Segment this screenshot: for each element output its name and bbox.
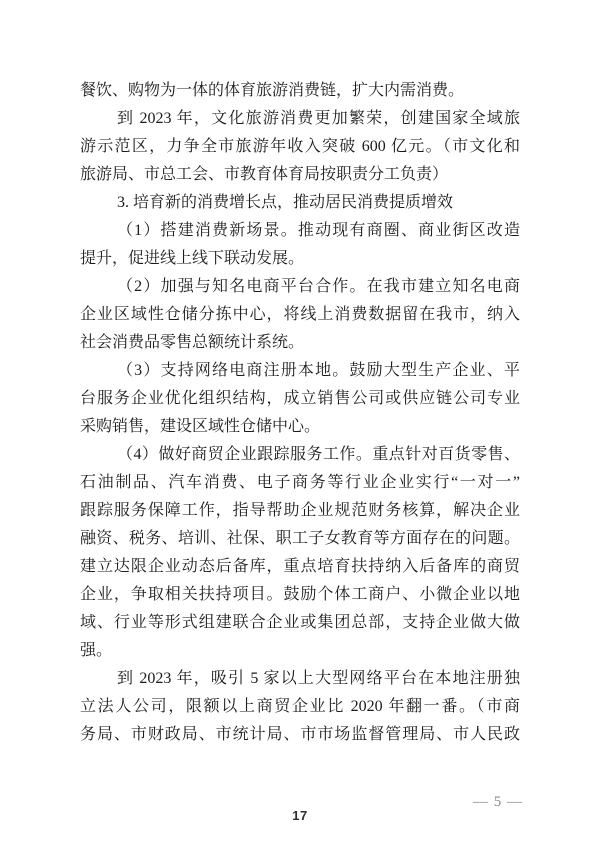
text-line: 立法人公司，限额以上商贸企业比 2020 年翻一番。（市商 (80, 693, 520, 721)
text-line: 跟踪服务保障工作，指导帮助企业规范财务核算，解决企业 (80, 497, 520, 525)
text-line: （4）做好商贸企业跟踪服务工作。重点针对百货零售、 (80, 441, 520, 469)
text-line: 石油制品、汽车消费、电子商务等行业企业实行“一对一” (80, 469, 520, 497)
text-line: 餐饮、购物为一体的体育旅游消费链，扩大内需消费。 (80, 77, 520, 105)
text-line: 游示范区，力争全市旅游年收入突破 600 亿元。（市文化和 (80, 133, 520, 161)
text-line: （2）加强与知名电商平台合作。在我市建立知名电商 (80, 273, 520, 301)
text-line: 到 2023 年，吸引 5 家以上大型网络平台在本地注册独 (80, 665, 520, 693)
text-line: 务局、市财政局、市统计局、市市场监督管理局、市人民政 (80, 721, 520, 749)
text-line: 企业，争取相关扶持项目。鼓励个体工商户、小微企业以地 (80, 581, 520, 609)
text-line: 域、行业等形式组建联合企业或集团总部，支持企业做大做 (80, 609, 520, 637)
page-number: 17 (0, 808, 600, 823)
text-line: 强。 (80, 637, 520, 665)
text-line: 到 2023 年，文化旅游消费更加繁荣，创建国家全域旅 (80, 105, 520, 133)
text-line: 采购销售，建设区域性仓储中心。 (80, 413, 520, 441)
text-line: 社会消费品零售总额统计系统。 (80, 329, 520, 357)
text-line: 台服务企业优化组织结构，成立销售公司或供应链公司专业 (80, 385, 520, 413)
text-line: 融资、税务、培训、社保、职工子女教育等方面存在的问题。 (80, 525, 520, 553)
text-line: 提升，促进线上线下联动发展。 (80, 245, 520, 273)
document-page: 餐饮、购物为一体的体育旅游消费链，扩大内需消费。到 2023 年，文化旅游消费更… (0, 0, 600, 848)
text-line: 旅游局、市总工会、市教育体育局按职责分工负责） (80, 161, 520, 189)
document-body: 餐饮、购物为一体的体育旅游消费链，扩大内需消费。到 2023 年，文化旅游消费更… (80, 77, 520, 749)
text-line: 建立达限企业动态后备库，重点培育扶持纳入后备库的商贸 (80, 553, 520, 581)
text-line: （3）支持网络电商注册本地。鼓励大型生产企业、平 (80, 357, 520, 385)
text-line: 3. 培育新的消费增长点，推动居民消费提质增效 (80, 189, 520, 217)
text-line: （1）搭建消费新场景。推动现有商圈、商业街区改造 (80, 217, 520, 245)
text-line: 企业区域性仓储分拣中心，将线上消费数据留在我市，纳入 (80, 301, 520, 329)
